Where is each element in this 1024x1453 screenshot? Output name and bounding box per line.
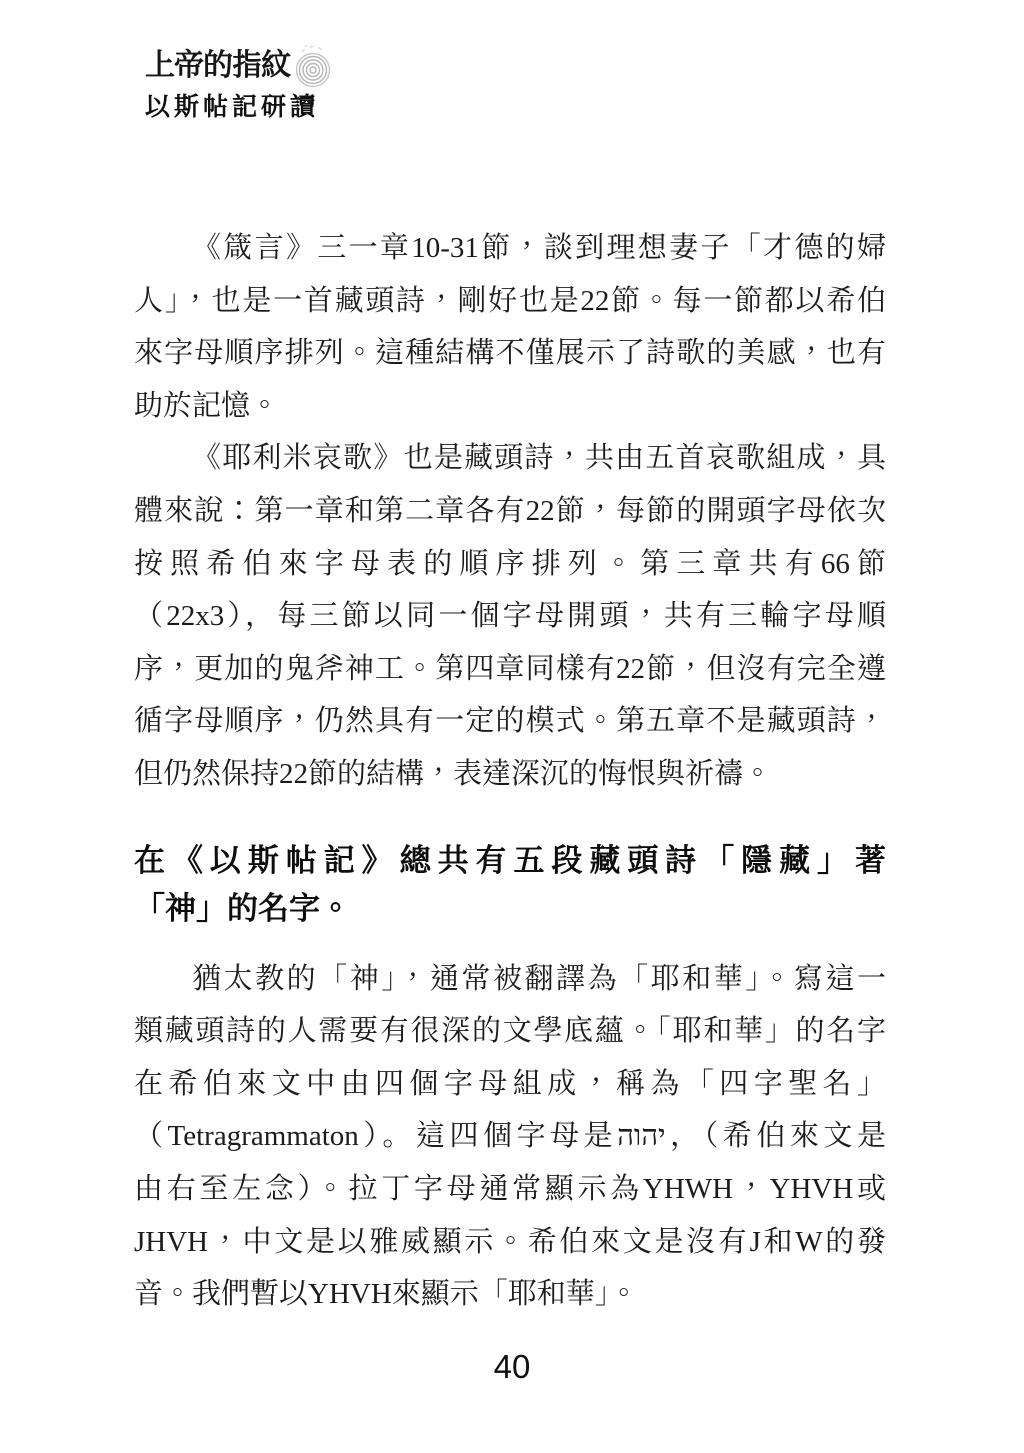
- logo-title: 上帝的指紋: [145, 46, 290, 86]
- paragraph-proverbs: 《箴言》三一章10-31節，談到理想妻子「才德的婦 人」，也是一首藏頭詩，剛好也…: [134, 222, 886, 432]
- logo-subtitle: 以斯帖記研讀: [145, 93, 334, 121]
- text-line: 按照希伯來字母表的順序排列。第三章共有66節: [134, 538, 886, 591]
- paragraph-lamentations: 《耶利米哀歌》也是藏頭詩，共由五首哀歌組成，具 體來說：第一章和第二章各有22節…: [134, 432, 886, 800]
- fingerprint-icon: [292, 44, 334, 93]
- text-line: 序，更加的鬼斧神工。第四章同樣有22節，但沒有完全遵: [134, 643, 886, 696]
- text-line: 來字母順序排列。這種結構不僅展示了詩歌的美感，也有: [134, 327, 886, 380]
- text-line: （Tetragrammaton）。這四個字母是יהוה，（希伯來文是: [134, 1110, 886, 1163]
- text-line: 在希伯來文中由四個字母組成，稱為「四字聖名」: [134, 1058, 886, 1111]
- text-line: 體來說：第一章和第二章各有22節，每節的開頭字母依次: [134, 485, 886, 538]
- heading-line: 「神」的名字。: [134, 885, 886, 933]
- text-line: 由右至左念）。拉丁字母通常顯示為YHWH，YHVH或: [134, 1163, 886, 1216]
- text-line: 循字母順序，仍然具有一定的模式。第五章不是藏頭詩，: [134, 695, 886, 748]
- text-line: 人」，也是一首藏頭詩，剛好也是22節。每一節都以希伯: [134, 275, 886, 328]
- text-line: 類藏頭詩的人需要有很深的文學底蘊。「耶和華」的名字: [134, 1005, 886, 1058]
- logo-row: 上帝的指紋: [145, 46, 334, 93]
- text-line: 猶太教的「神」，通常被翻譯為「耶和華」。寫這一: [134, 953, 886, 1006]
- text-line: 《箴言》三一章10-31節，談到理想妻子「才德的婦: [134, 222, 886, 275]
- text-line: 助於記憶。: [134, 380, 886, 433]
- text-line: （22x3），每三節以同一個字母開頭，共有三輪字母順: [134, 590, 886, 643]
- text-line: 音。我們暫以YHVH來顯示「耶和華」。: [134, 1268, 886, 1321]
- text-line: 《耶利米哀歌》也是藏頭詩，共由五首哀歌組成，具: [134, 432, 886, 485]
- text-line: JHVH，中文是以雅威顯示。希伯來文是沒有J和W的發: [134, 1216, 886, 1269]
- book-header: 上帝的指紋 以斯帖記研讀: [145, 46, 334, 121]
- paragraph-tetragrammaton: 猶太教的「神」，通常被翻譯為「耶和華」。寫這一 類藏頭詩的人需要有很深的文學底蘊…: [134, 953, 886, 1321]
- heading-line: 在《以斯帖記》總共有五段藏頭詩「隱藏」著: [134, 837, 886, 885]
- page-number: 40: [0, 1348, 1024, 1386]
- page-content: 《箴言》三一章10-31節，談到理想妻子「才德的婦 人」，也是一首藏頭詩，剛好也…: [134, 222, 886, 1321]
- section-heading: 在《以斯帖記》總共有五段藏頭詩「隱藏」著 「神」的名字。: [134, 837, 886, 933]
- text-line: 但仍然保持22節的結構，表達深沉的悔恨與祈禱。: [134, 748, 886, 801]
- book-page: 上帝的指紋 以斯帖記研讀: [0, 0, 1024, 1453]
